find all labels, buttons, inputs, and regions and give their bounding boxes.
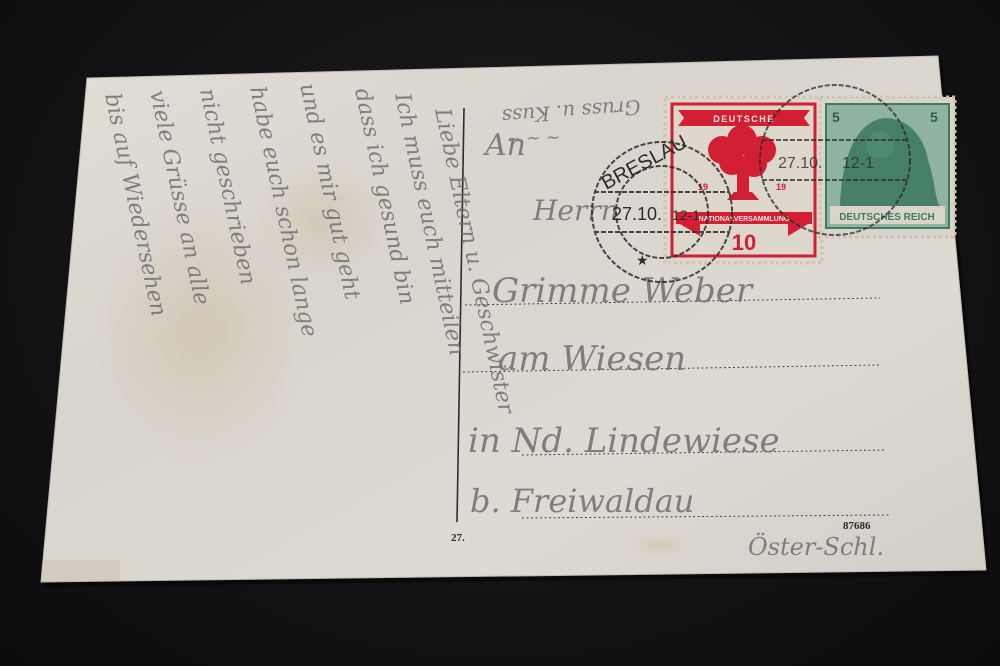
stamp-value-right: 5 <box>930 109 938 125</box>
stamp-banner: NATIONALVERSAMMLUNG <box>699 216 790 223</box>
postmark-date: 27.10. <box>612 204 662 224</box>
address-line2: Grimme Weber <box>492 271 754 311</box>
address-line6: Öster-Schl. <box>748 532 884 561</box>
address-line3: am Wiesen <box>498 339 686 379</box>
postmark-time: 12-1 <box>672 207 700 223</box>
stamp-value: 10 <box>732 230 756 255</box>
address-line5: b. Freiwaldau <box>470 482 694 520</box>
stamp-germania: DEUTSCHES REICH 5 5 <box>820 97 955 237</box>
postmark-star-icon: ★ <box>636 252 649 268</box>
stain <box>630 533 690 557</box>
address-line1: Herrn <box>532 194 619 227</box>
postmark-time: 12-1 <box>842 155 874 172</box>
address-salutation: An <box>482 128 526 163</box>
postcard-photo: 27. 87686 Gruss u. Kuss ~ ~ ~ An Herrn G… <box>0 0 1000 666</box>
printed-number-left: 27. <box>451 532 465 544</box>
stamp-country-label: DEUTSCHE <box>713 114 775 124</box>
stamp-value-left: 5 <box>832 109 840 125</box>
stamp-year-right: 19 <box>776 182 786 192</box>
printed-number-right: 87686 <box>843 520 871 532</box>
postmark-date: 27.10. <box>778 155 822 172</box>
address-line4: in Nd. Lindewiese <box>468 421 780 461</box>
